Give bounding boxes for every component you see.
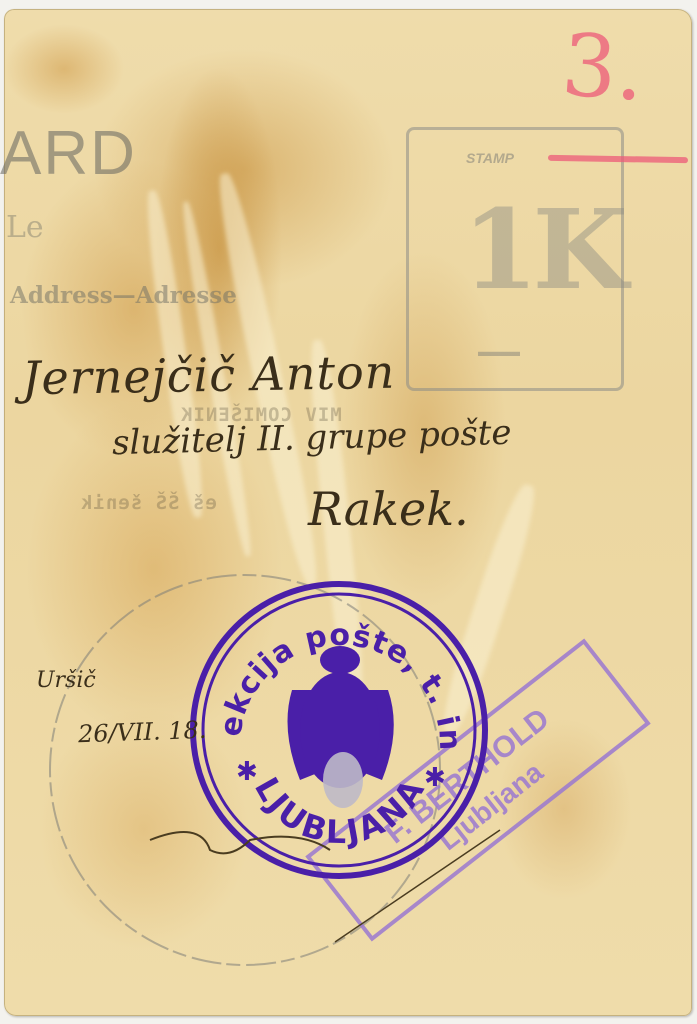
recipient-name: Jernejčič Anton bbox=[22, 345, 396, 406]
star-icon: ✱ bbox=[236, 757, 258, 787]
eagle-emblem-icon bbox=[288, 646, 394, 808]
star-icon: ✱ bbox=[424, 763, 446, 793]
date-note: 26/VII. 18. bbox=[78, 716, 207, 748]
signature-note: Uršič bbox=[36, 668, 96, 693]
recipient-place: Rakek. bbox=[308, 482, 469, 536]
